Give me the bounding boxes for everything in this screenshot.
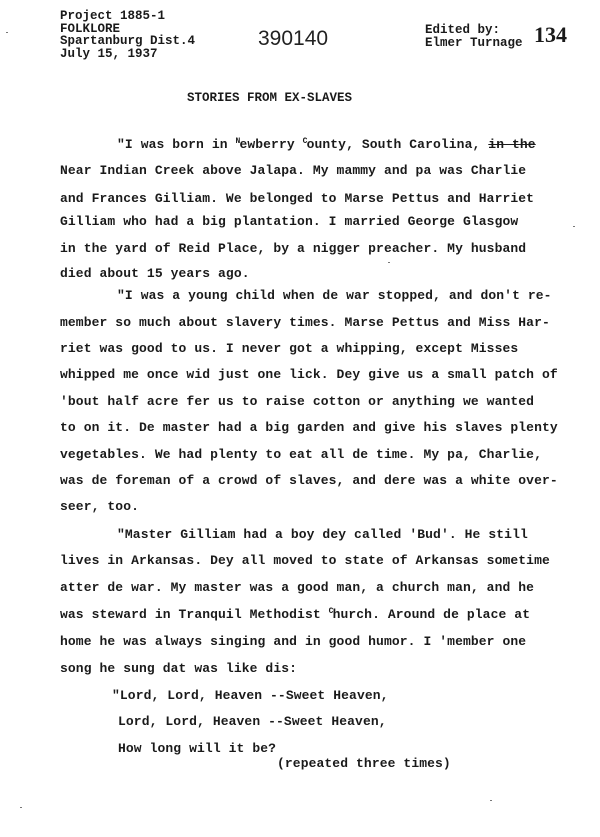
paragraph-1-line-1: "I was born in Newberry County, South Ca…: [117, 137, 536, 152]
paragraph-2-line-4: whipped me once wid just one lick. Dey g…: [60, 367, 558, 382]
text-run: ounty, South Carolina,: [307, 137, 489, 152]
song-line-2: Lord, Lord, Heaven --Sweet Heaven,: [118, 714, 387, 729]
paragraph-1-line-3: and Frances Gilliam. We belonged to Mars…: [60, 191, 534, 206]
song-line-3: How long will it be?: [118, 741, 276, 756]
header-info: Project 1885-1 FOLKLORE Spartanburg Dist…: [60, 10, 195, 60]
paragraph-2-line-3: riet was good to us. I never got a whipp…: [60, 341, 518, 356]
scan-speck: [20, 807, 22, 808]
song-note: (repeated three times): [277, 756, 451, 771]
paragraph-2-line-6: to on it. De master had a big garden and…: [60, 420, 558, 435]
paragraph-3-line-2: lives in Arkansas. Dey all moved to stat…: [60, 553, 550, 568]
scan-speck: [573, 226, 575, 227]
paragraph-1-line-2: Near Indian Creek above Jalapa. My mammy…: [60, 163, 526, 178]
paragraph-1-line-5: in the yard of Reid Place, by a nigger p…: [60, 241, 526, 256]
scan-speck: [388, 262, 390, 263]
paragraph-2-line-8: was de foreman of a crowd of slaves, and…: [60, 473, 558, 488]
paragraph-2-line-9: seer, too.: [60, 499, 139, 514]
struck-text: in the: [488, 137, 535, 152]
paragraph-3-line-4: was steward in Tranquil Methodist Church…: [60, 607, 530, 622]
paragraph-2-line-7: vegetables. We had plenty to eat all de …: [60, 447, 542, 462]
document-page: Project 1885-1 FOLKLORE Spartanburg Dist…: [0, 0, 600, 837]
editor-info: Edited by: Elmer Turnage: [425, 24, 523, 49]
paragraph-3-line-6: song he sung dat was like dis:: [60, 661, 297, 676]
document-title: STORIES FROM EX-SLAVES: [187, 91, 352, 105]
paragraph-2-line-5: 'bout half acre fer us to raise cotton o…: [60, 394, 534, 409]
document-number: 390140: [258, 27, 328, 51]
paragraph-3-line-1: "Master Gilliam had a boy dey called 'Bu…: [117, 527, 528, 542]
date-label: July 15, 1937: [60, 48, 195, 61]
scan-speck: [490, 800, 492, 801]
paragraph-2-line-2: member so much about slavery times. Mars…: [60, 315, 550, 330]
paragraph-3-line-5: home he was always singing and in good h…: [60, 634, 526, 649]
edited-by-label: Edited by:: [425, 24, 523, 37]
page-number: 134: [534, 22, 567, 48]
text-run: hurch. Around de place at: [333, 607, 531, 622]
paragraph-1-line-4: Gilliam who had a big plantation. I marr…: [60, 214, 518, 229]
editor-name: Elmer Turnage: [425, 37, 523, 50]
project-label: Project 1885-1: [60, 10, 195, 23]
paragraph-1-line-6: died about 15 years ago.: [60, 266, 250, 281]
paragraph-2-line-1: "I was a young child when de war stopped…: [117, 288, 552, 303]
district-label: Spartanburg Dist.4: [60, 35, 195, 48]
text-run: was steward in Tranquil Methodist: [60, 607, 329, 622]
song-line-1: "Lord, Lord, Heaven --Sweet Heaven,: [112, 688, 389, 703]
text-run: ewberry: [239, 137, 302, 152]
scan-speck: [6, 32, 8, 33]
text-run: "I was born in: [117, 137, 236, 152]
paragraph-3-line-3: atter de war. My master was a good man, …: [60, 580, 534, 595]
